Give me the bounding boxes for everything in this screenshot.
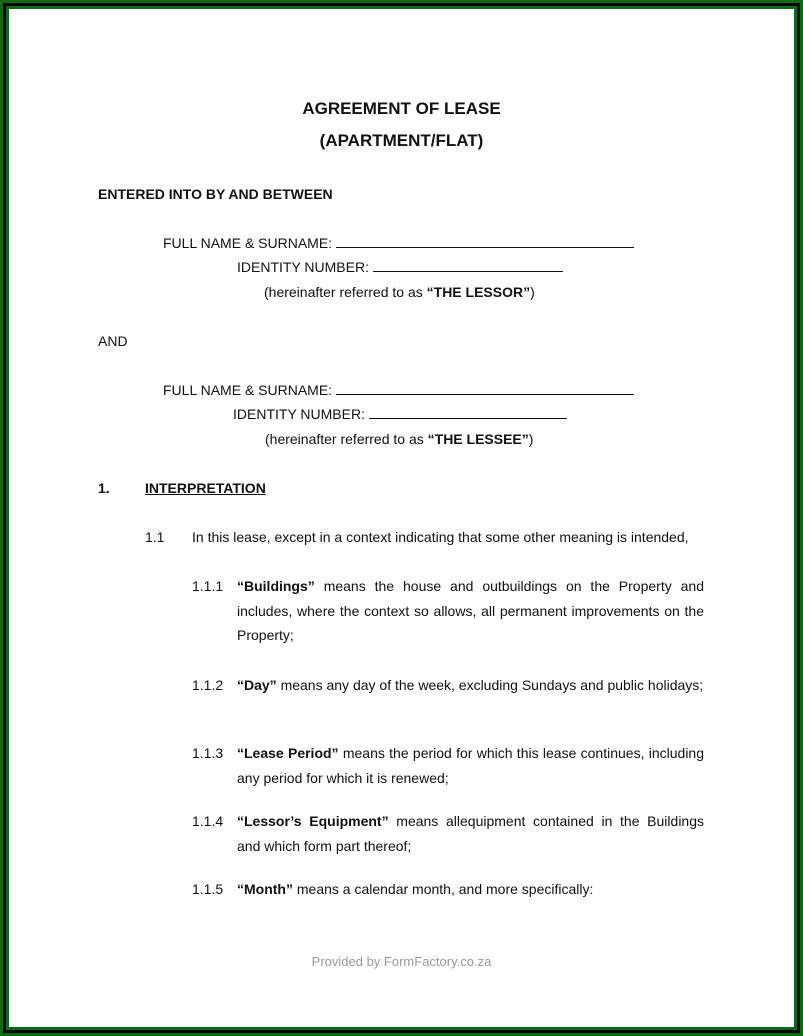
lessor-referred-as: (hereinafter referred to as “THE LESSOR”… xyxy=(264,284,535,300)
section-1-number: 1. xyxy=(98,480,110,496)
lessee-referred-as: (hereinafter referred to as “THE LESSEE”… xyxy=(265,431,533,447)
lessee-identity-field[interactable] xyxy=(369,417,567,419)
definition-number: 1.1.5 xyxy=(192,881,223,897)
definition-term: “Buildings” xyxy=(237,578,315,594)
lessee-full-name-field[interactable] xyxy=(336,393,634,395)
lessor-referred-prefix: (hereinafter referred to as xyxy=(264,284,427,300)
lessee-full-name-row: FULL NAME & SURNAME: xyxy=(163,382,634,398)
lessor-identity-label: IDENTITY NUMBER: xyxy=(237,259,369,275)
definition-lessors-equipment: “Lessor’s Equipment” means allequipment … xyxy=(237,809,704,858)
definition-number: 1.1.3 xyxy=(192,745,223,761)
lessee-referred-prefix: (hereinafter referred to as xyxy=(265,431,428,447)
definition-buildings: “Buildings” means the house and outbuild… xyxy=(237,574,704,648)
definition-term: “Lessor’s Equipment” xyxy=(237,813,389,829)
lessee-identity-label: IDENTITY NUMBER: xyxy=(233,406,365,422)
and-label: AND xyxy=(98,333,128,349)
definition-text: means a calendar month, and more specifi… xyxy=(293,881,593,897)
definition-number: 1.1.1 xyxy=(192,578,223,594)
section-1-heading: INTERPRETATION xyxy=(145,480,266,496)
lessor-identity-row: IDENTITY NUMBER: xyxy=(237,259,563,275)
lessee-identity-row: IDENTITY NUMBER: xyxy=(233,406,567,422)
definition-lease-period: “Lease Period” means the period for whic… xyxy=(237,741,704,790)
definition-number: 1.1.2 xyxy=(192,677,223,693)
document-subtitle: (APARTMENT/FLAT) xyxy=(9,131,794,151)
lessor-referred-suffix: ) xyxy=(530,284,535,300)
definition-month: “Month” means a calendar month, and more… xyxy=(237,877,704,902)
lessor-full-name-row: FULL NAME & SURNAME: xyxy=(163,235,634,251)
lessor-referred-name: “THE LESSOR” xyxy=(427,284,530,300)
clause-1-1-number: 1.1 xyxy=(145,529,164,545)
definition-number: 1.1.4 xyxy=(192,813,223,829)
entered-into-heading: ENTERED INTO BY AND BETWEEN xyxy=(98,186,333,202)
definition-text: means any day of the week, excluding Sun… xyxy=(277,677,704,693)
lessee-referred-suffix: ) xyxy=(529,431,534,447)
footer-provided-by: Provided by FormFactory.co.za xyxy=(9,954,794,969)
document-title: AGREEMENT OF LEASE xyxy=(9,99,794,119)
definition-term: “Day” xyxy=(237,677,277,693)
definition-term: “Lease Period” xyxy=(237,745,339,761)
lessor-full-name-label: FULL NAME & SURNAME: xyxy=(163,235,332,251)
definition-term: “Month” xyxy=(237,881,293,897)
clause-1-1-text: In this lease, except in a context indic… xyxy=(192,529,689,545)
lessee-referred-name: “THE LESSEE” xyxy=(428,431,529,447)
lessor-identity-field[interactable] xyxy=(373,270,563,272)
lessee-full-name-label: FULL NAME & SURNAME: xyxy=(163,382,332,398)
lessor-full-name-field[interactable] xyxy=(336,246,634,248)
document-page: AGREEMENT OF LEASE (APARTMENT/FLAT) ENTE… xyxy=(9,9,794,1027)
definition-day: “Day” means any day of the week, excludi… xyxy=(237,673,704,698)
